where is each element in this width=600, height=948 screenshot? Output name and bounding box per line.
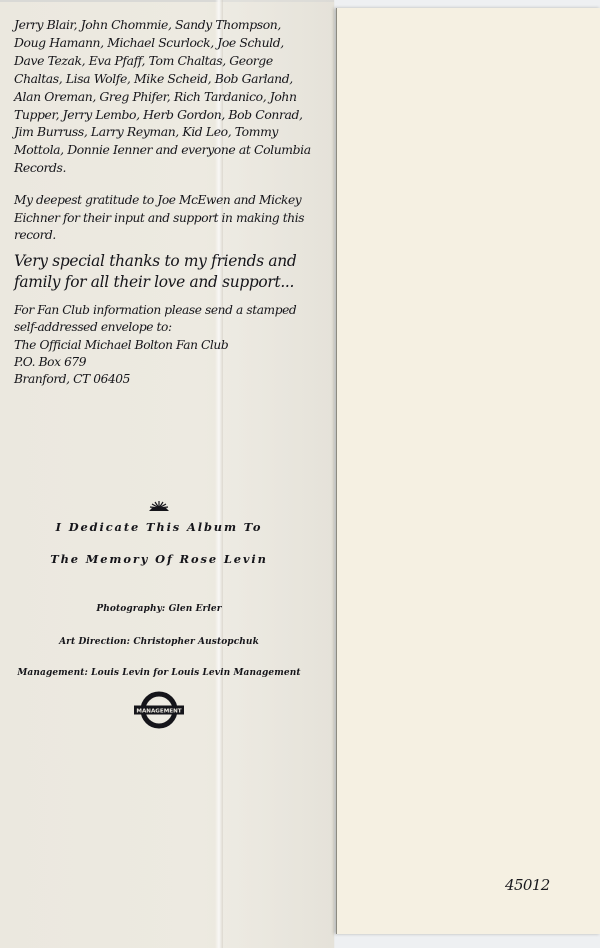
left-insert-panel: Jerry Blair, John Chommie, Sandy Thompso… [0, 0, 334, 948]
thanks-list: Jerry Blair, John Chommie, Sandy Thompso… [14, 16, 314, 177]
fan-club-intro: For Fan Club information please send a s… [14, 302, 314, 337]
catalog-number: 45012 [505, 876, 550, 894]
right-insert-panel [336, 8, 600, 934]
special-thanks: Very special thanks to my friends and fa… [14, 251, 314, 293]
credit-art-direction: Art Direction: Christopher Austopchuk [0, 637, 318, 647]
fan-club-name: The Official Michael Bolton Fan Club [14, 337, 314, 354]
gratitude-paragraph: My deepest gratitude to Joe McEwen and M… [14, 192, 314, 245]
fan-club-city: Branford, CT 06405 [14, 371, 314, 388]
sunburst-icon [147, 500, 171, 512]
fan-club-info: For Fan Club information please send a s… [14, 302, 314, 388]
credit-photography: Photography: Glen Erler [0, 604, 318, 614]
dedication-line-1: I Dedicate This Album To [0, 520, 318, 534]
credit-management: Management: Louis Levin for Louis Levin … [0, 668, 318, 678]
fan-club-po-box: P.O. Box 679 [14, 354, 314, 371]
dedication-line-2: The Memory Of Rose Levin [0, 552, 318, 566]
logo-band-text: MANAGEMENT [136, 709, 181, 715]
louis-levin-management-logo-icon: MANAGEMENT [133, 691, 185, 729]
